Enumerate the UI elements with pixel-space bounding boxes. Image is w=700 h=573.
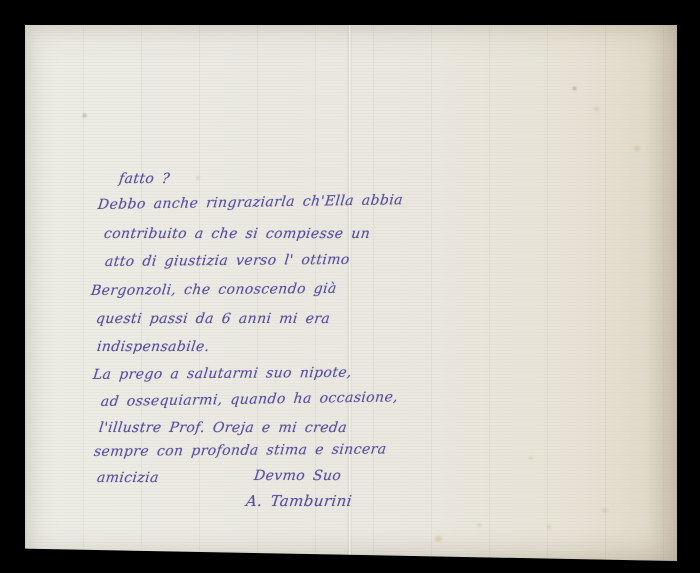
foxing-spot (573, 87, 576, 90)
foxing-spot (197, 177, 199, 179)
foxing-spot (529, 456, 533, 460)
letter-valediction: Devmo Suo (253, 468, 342, 484)
handwriting-line: atto di giustizia verso l' ottimo (104, 252, 351, 270)
foxing-spot (477, 523, 482, 527)
foxing-spot (83, 114, 86, 117)
handwriting-line: contribuito a che si compiesse un (103, 226, 371, 242)
foxing-spot (547, 525, 551, 529)
center-fold-crease (347, 25, 352, 561)
handwriting-line: ad ossequiarmi, quando ha occasione, (100, 389, 399, 410)
handwriting-line: Bergonzoli, che conoscendo già (90, 281, 338, 299)
handwriting-line: La prego a salutarmi suo nipote, (92, 365, 353, 383)
letter-scan: fatto ? Debbo anche ringraziarla ch'Ella… (0, 0, 700, 573)
handwriting-line: amicizia (96, 470, 160, 486)
foxing-spot (435, 536, 442, 542)
handwriting-line: l'illustre Prof. Oreja e mi creda (98, 420, 348, 436)
handwriting-line: indispensabile. (96, 339, 211, 355)
handwriting-line: sempre con profonda stima e sincera (93, 441, 387, 460)
letter-signature: A. Tamburini (245, 492, 353, 510)
foxing-spot (602, 508, 608, 513)
handwriting-line: questi passi da 6 anni mi era (95, 311, 331, 327)
letter-page: fatto ? Debbo anche ringraziarla ch'Ella… (25, 25, 677, 561)
foxing-spot (594, 107, 599, 111)
handwriting-line: Debbo anche ringraziarla ch'Ella abbia (97, 192, 404, 213)
handwriting-line: fatto ? (118, 171, 171, 187)
foxing-spot (634, 146, 640, 151)
